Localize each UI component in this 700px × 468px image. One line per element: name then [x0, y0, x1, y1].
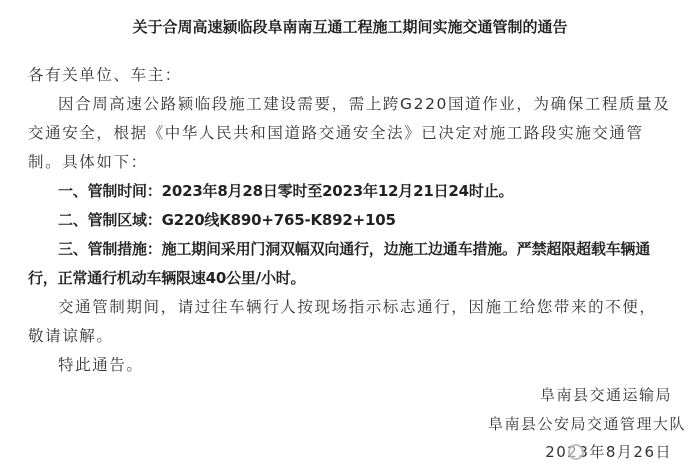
item-control-area: 二、管制区域：G220线K890+765-K892+105: [58, 210, 396, 230]
item-label: 三、管制措施：: [58, 240, 162, 258]
item-label: 二、管制区域：: [58, 211, 162, 229]
item-control-measures: 三、管制措施：施工期间采用门洞双幅双向通行，边施工边通车措施。严禁超限超载车辆通: [58, 239, 650, 259]
signature-traffic-police: 阜南县公安局交通管理大队: [488, 414, 686, 434]
closing-line: 特此通告。: [58, 355, 144, 375]
document-title: 关于合周高速颍临段阜南南互通工程施工期间实施交通管制的通告: [0, 16, 700, 37]
document-date: 2023年8月26日: [545, 442, 672, 462]
item-text: 施工期间采用门洞双幅双向通行，边施工边通车措施。严禁超限超载车辆通: [162, 240, 650, 258]
item-control-time: 一、管制时间：2023年8月28日零时至2023年12月21日24时止。: [58, 181, 513, 201]
salutation: 各有关单位、车主：: [28, 65, 182, 85]
intro-line-3: 制。具体如下：: [28, 152, 148, 172]
notice-line-2: 敬请谅解。: [28, 326, 114, 346]
notice-line-1: 交通管制期间，请过往车辆行人按现场指示标志通行，因施工给您带来的不便，: [58, 297, 657, 317]
item-control-measures-continuation: 行，正常通行机动车辆限速40公里/小时。: [28, 268, 305, 288]
item-text: 2023年8月28日零时至2023年12月21日24时止。: [162, 182, 514, 200]
notice-document: 关于合周高速颍临段阜南南互通工程施工期间实施交通管制的通告 各有关单位、车主： …: [0, 0, 700, 468]
signature-transport-bureau: 阜南县交通运输局: [540, 385, 672, 405]
intro-line-1: 因合周高速公路颍临段施工建设需要，需上跨G220国道作业，为确保工程质量及: [58, 94, 670, 114]
intro-line-2: 交通安全，根据《中华人民共和国道路交通安全法》已决定对施工路段实施交通管: [28, 123, 644, 143]
item-text: G220线K890+765-K892+105: [162, 211, 396, 229]
item-label: 一、管制时间：: [58, 182, 162, 200]
